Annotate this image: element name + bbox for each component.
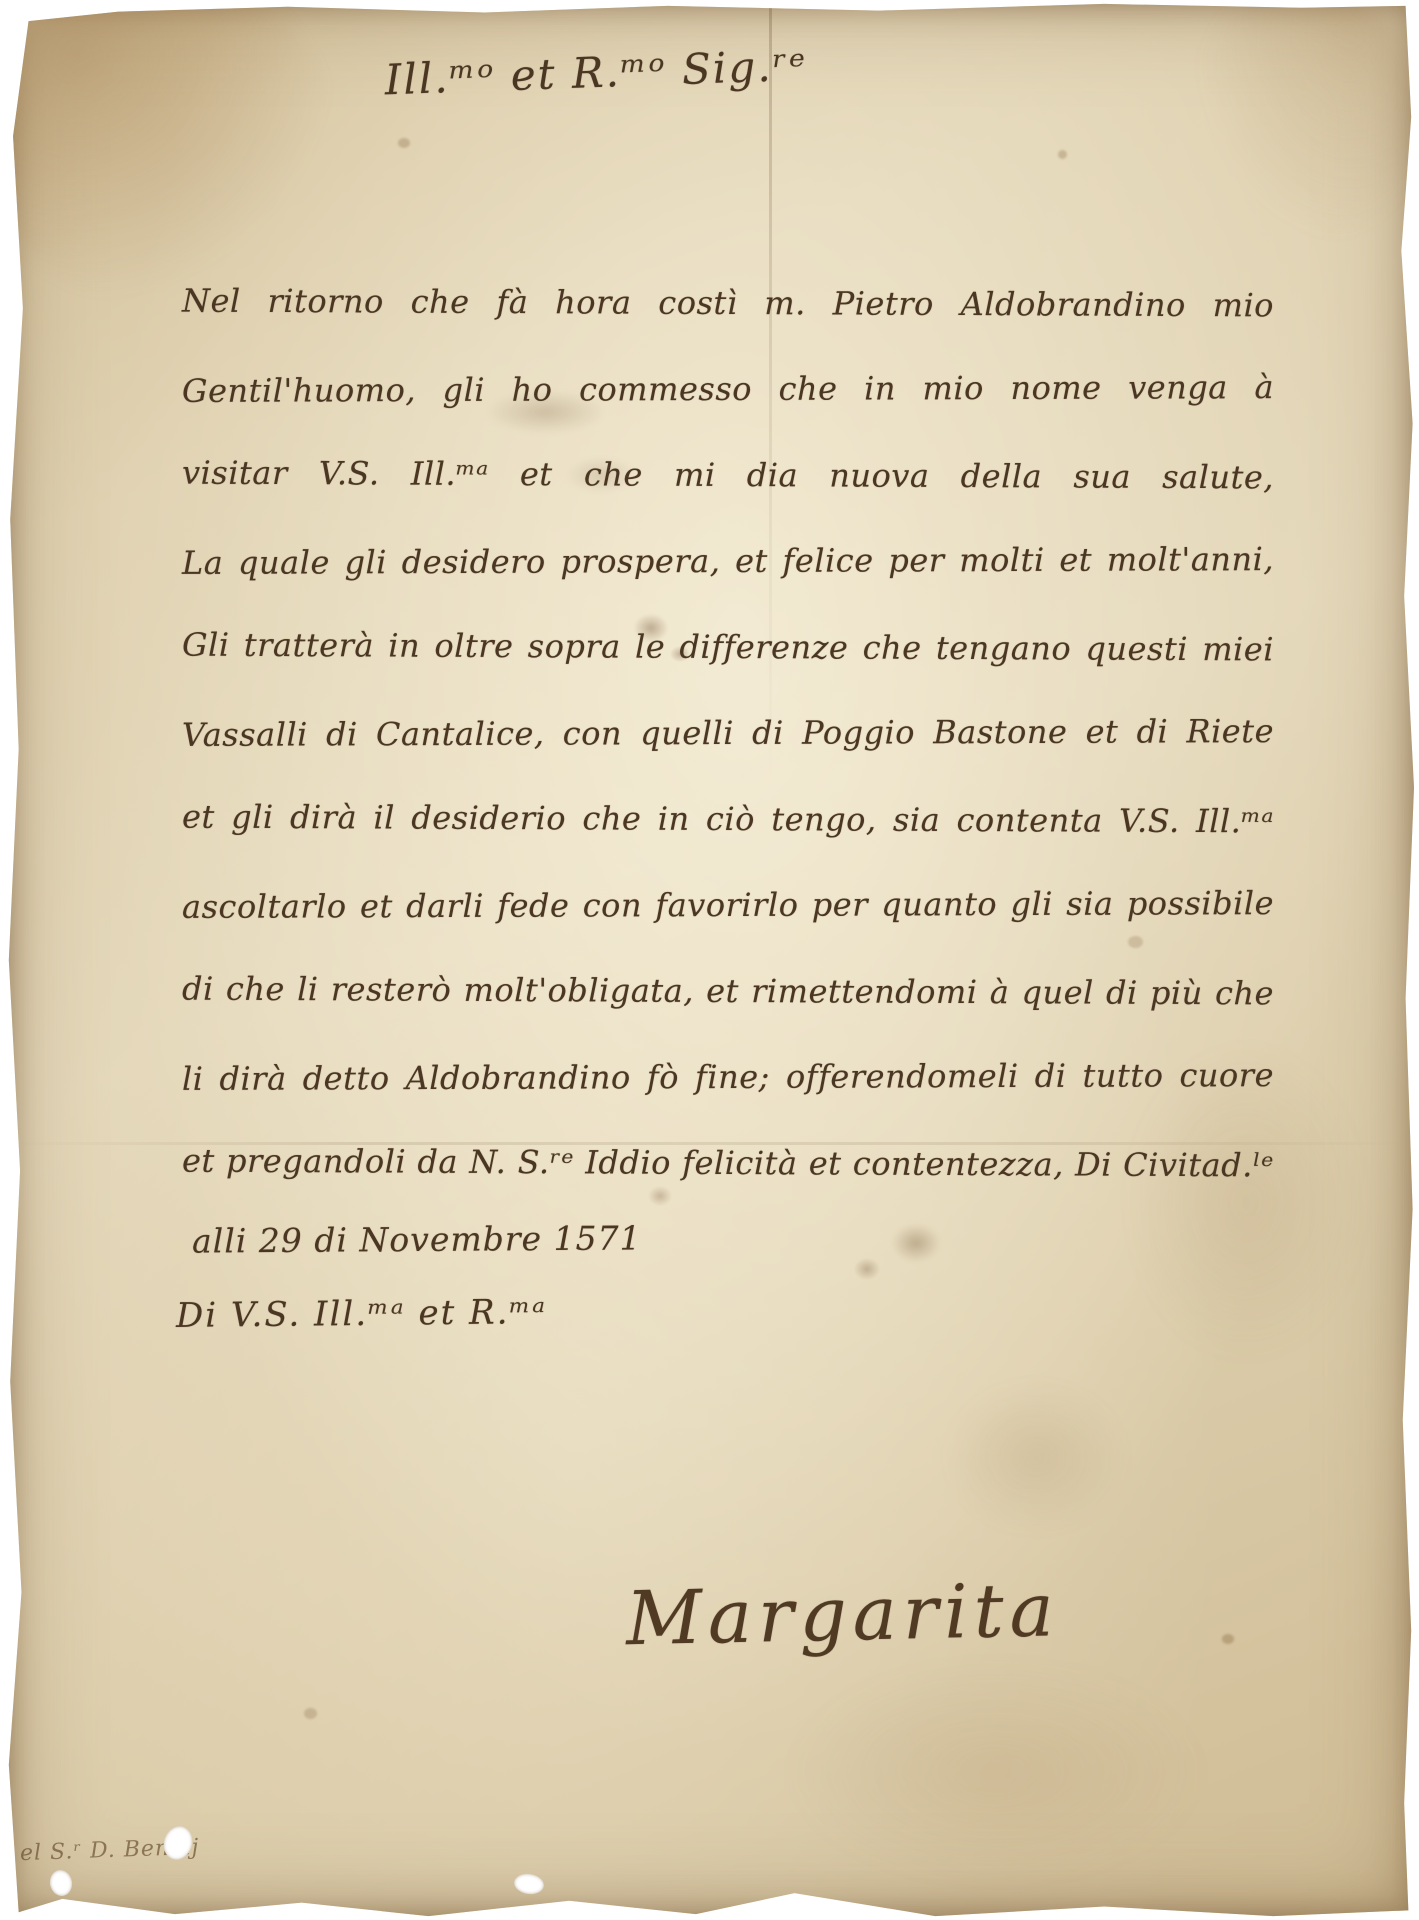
letter-line: Vassalli di Cantalice, con quelli di Pog… bbox=[182, 688, 1274, 778]
letter-line: visitar V.S. Ill.ᵐᵃ et che mi dia nuova … bbox=[182, 430, 1274, 521]
letter-body: Nel ritorno che fà hora costì m. Pietro … bbox=[182, 260, 1274, 1206]
paper-stain bbox=[786, 1662, 1206, 1882]
dateline: alli 29 di Novembre 1571 bbox=[192, 1218, 642, 1260]
letter-line: La quale gli desidero prospera, et felic… bbox=[182, 516, 1274, 606]
letter-line: li dirà detto Aldobrandino fò fine; offe… bbox=[182, 1032, 1274, 1122]
paper-stain bbox=[946, 1382, 1126, 1532]
letter-line: Gentil'huomo, gli ho commesso che in mio… bbox=[182, 344, 1274, 434]
letter-line: di che li resterò molt'obligata, et rime… bbox=[182, 946, 1274, 1037]
paper-hole bbox=[48, 1868, 75, 1898]
manuscript-paper: Ill.ᵐᵒ et R.ᵐᵒ Sig.ʳᵉ Nel ritorno che fà… bbox=[6, 2, 1414, 1918]
paper-stain bbox=[0, 0, 336, 302]
foxing-spot bbox=[854, 1258, 880, 1280]
letter-line: ascoltarlo et darli fede con favorirlo p… bbox=[182, 860, 1274, 950]
letter-line: Gli tratterà in oltre sopra le differenz… bbox=[182, 602, 1274, 693]
salutation: Ill.ᵐᵒ et R.ᵐᵒ Sig.ʳᵉ bbox=[325, 39, 866, 107]
letter-line: et pregandoli da N. S.ʳᵉ Iddio felicità … bbox=[182, 1118, 1274, 1209]
paper-stain bbox=[1196, 0, 1416, 242]
foxing-spot bbox=[304, 1708, 317, 1719]
signature: Margarita bbox=[625, 1564, 1227, 1663]
photo-backdrop: Ill.ᵐᵒ et R.ᵐᵒ Sig.ʳᵉ Nel ritorno che fà… bbox=[0, 0, 1419, 1920]
foxing-spot bbox=[398, 138, 410, 148]
foxing-spot bbox=[892, 1224, 940, 1262]
foxing-spot bbox=[1058, 150, 1067, 159]
closing-formula: Di V.S. Ill.ᵐᵃ et R.ᵐᵃ bbox=[176, 1292, 547, 1336]
paper-hole bbox=[513, 1872, 545, 1896]
letter-line: Nel ritorno che fà hora costì m. Pietro … bbox=[182, 258, 1274, 349]
letter-line: et gli dirà il desiderio che in ciò teng… bbox=[182, 774, 1274, 865]
